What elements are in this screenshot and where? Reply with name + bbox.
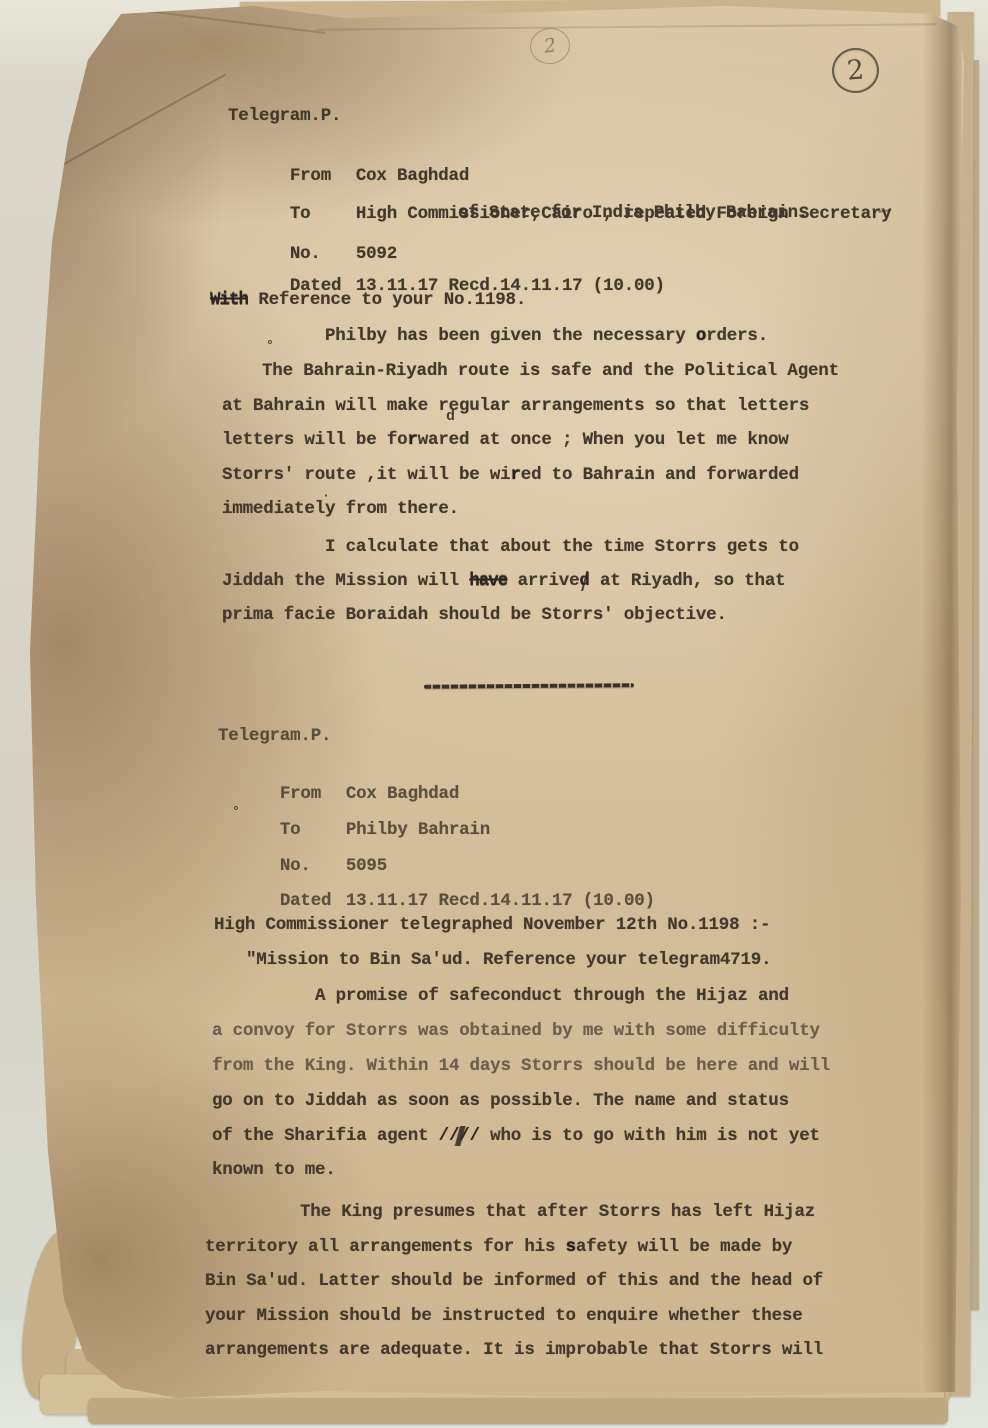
circled-page-number: 2	[830, 46, 880, 94]
typed-line: known to me.	[212, 1160, 336, 1180]
telegram1-reference-line: With Reference to your No.1198.	[210, 290, 526, 310]
text-segment: who is to go with him is not yet	[480, 1126, 820, 1146]
text-segment: Storrs' route ,it will be wi	[222, 465, 510, 485]
typed-line: The Bahrain-Riyadh route is safe and the…	[262, 361, 839, 381]
typed-line: go on to Jiddah as soon as possible. The…	[212, 1091, 789, 1111]
typed-line: immediately from there.	[222, 499, 459, 519]
ink-speck: °	[266, 338, 274, 353]
scanned-document-stage: 2 2 Telegram.P. FromCox Baghdad ToHigh C…	[0, 0, 988, 1428]
text-segment: Bin Sa'ud. Latter should be informed of …	[205, 1271, 823, 1291]
typed-line: letters will be forwared at once ; When …	[222, 430, 789, 450]
text-segment: ////	[439, 1126, 480, 1146]
typed-line: territory all arrangements for his safet…	[205, 1237, 792, 1257]
text-segment: Jiddah the Mission will	[222, 571, 469, 591]
text-segment: o	[696, 326, 706, 346]
text-segment: The Bahrain-Riyadh route is safe and the…	[262, 361, 839, 381]
text-segment: Philby has been given the necessary	[325, 326, 696, 346]
typed-line: The King presumes that after Storrs has …	[300, 1202, 815, 1222]
text-segment: Reference to your No.1198.	[248, 290, 526, 310]
text-segment: your Mission should be instructed to enq…	[205, 1306, 803, 1326]
text-segment: of the Sharifia agent	[212, 1126, 439, 1146]
text-segment: known to me.	[212, 1160, 336, 1180]
text-segment: rders.	[706, 326, 768, 346]
top-fold-crease	[316, 23, 936, 30]
typed-line: High Commissioner telegraphed November 1…	[214, 915, 770, 935]
field-label-from: From	[290, 166, 356, 186]
typed-line: your Mission should be instructed to enq…	[205, 1306, 803, 1326]
typed-line: Storrs' route ,it will be wired to Bahra…	[222, 465, 799, 485]
page-number: 2	[846, 54, 865, 86]
telegram1-type: Telegram.P.	[228, 106, 341, 126]
text-segment: arrangements are adequate. It is improba…	[205, 1340, 823, 1360]
typed-separator-rule	[424, 683, 634, 688]
field-value-from: Cox Baghdad	[356, 166, 469, 186]
typed-correction-superscript-d: d	[446, 408, 455, 425]
text-segment: High Commissioner telegraphed November 1…	[214, 915, 770, 935]
field-label-to: To	[290, 204, 356, 224]
text-segment: immediately from there.	[222, 499, 459, 519]
typed-line: Bin Sa'ud. Latter should be informed of …	[205, 1271, 823, 1291]
text-segment: s	[566, 1237, 576, 1257]
text-segment: The King presumes that after Storrs has …	[300, 1202, 815, 1222]
typed-line: arrangements are adequate. It is improba…	[205, 1340, 823, 1360]
corner-crease	[50, 74, 226, 173]
text-segment: I calculate that about the time Storrs g…	[325, 537, 799, 557]
text-segment: at Riyadh, so that	[590, 571, 786, 591]
text-segment: territory all arrangements for his	[205, 1237, 566, 1257]
typed-line: at Bahrain will make regular arrangement…	[222, 396, 809, 416]
text-segment: letters will be fo	[222, 430, 407, 450]
faint-circled-page-number: 2	[528, 25, 573, 66]
text-segment: wared at once ; When you let me know	[418, 430, 789, 450]
text-segment: A promise of safeconduct through the Hij…	[315, 986, 789, 1006]
typed-line: a convoy for Storrs was obtained by me w…	[212, 1021, 820, 1041]
typed-line: of the Sharifia agent //// who is to go …	[212, 1126, 820, 1146]
text-segment: a convoy for Storrs was obtained by me w…	[212, 1021, 820, 1041]
typed-line: from the King. Within 14 days Storrs sho…	[212, 1056, 830, 1076]
field-value-dated: 13.11.17 Recd.14.11.17 (10.00)	[346, 891, 655, 911]
typed-line: Philby has been given the necessary orde…	[325, 326, 768, 346]
text-segment: arrive	[507, 571, 579, 591]
ink-speck: ·	[322, 488, 330, 503]
text-segment: ed to Bahrain and forwarded	[521, 465, 799, 485]
field-label-dated: Dated	[280, 891, 346, 911]
text-segment: from the King. Within 14 days Storrs sho…	[212, 1056, 830, 1076]
text-segment: afety will be made by	[576, 1237, 792, 1257]
right-edge-crease	[922, 2, 962, 1398]
sheet-edge-bottom-3	[88, 1398, 948, 1424]
text-segment: go on to Jiddah as soon as possible. The…	[212, 1091, 789, 1111]
document-page: 2 2 Telegram.P. FromCox Baghdad ToHigh C…	[26, 2, 964, 1398]
text-segment: With	[210, 290, 248, 310]
typed-line: Jiddah the Mission will have arrived at …	[222, 571, 785, 591]
text-segment: prima facie Boraidah should be Storrs' o…	[222, 605, 727, 625]
typed-line: A promise of safeconduct through the Hij…	[315, 986, 789, 1006]
text-segment: r	[407, 430, 417, 450]
text-segment: d	[579, 571, 589, 591]
telegram1-to-row-line2: of State for India Philby Bahrain.	[458, 203, 808, 223]
page-number-faint: 2	[542, 34, 557, 57]
text-segment: "Mission to Bin Sa'ud. Reference your te…	[246, 950, 771, 970]
typed-line: I calculate that about the time Storrs g…	[325, 537, 799, 557]
typed-line: "Mission to Bin Sa'ud. Reference your te…	[246, 950, 771, 970]
text-segment: at Bahrain will make regular arrangement…	[222, 396, 809, 416]
typed-line: prima facie Boraidah should be Storrs' o…	[222, 605, 727, 625]
text-segment: r	[510, 465, 520, 485]
telegram2-type: Telegram.P.	[218, 726, 331, 746]
text-segment: have	[469, 571, 507, 591]
